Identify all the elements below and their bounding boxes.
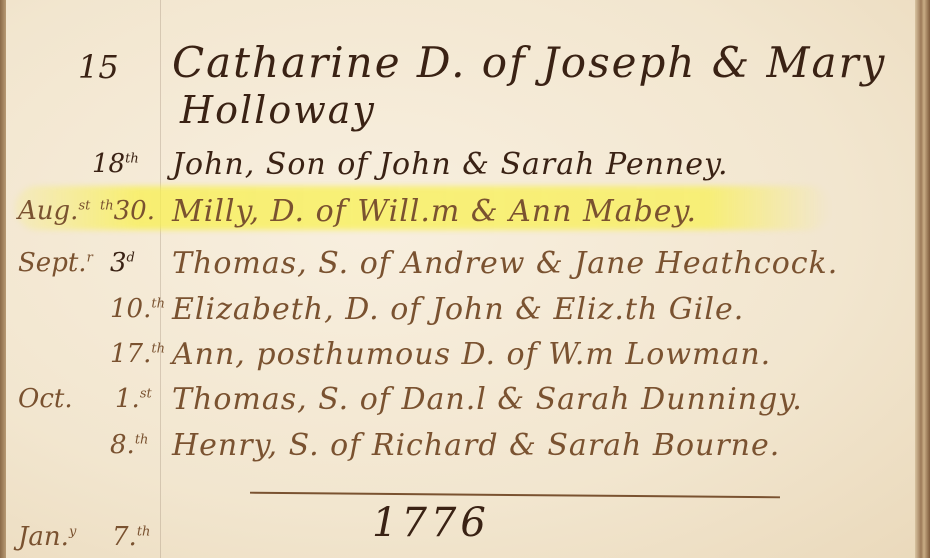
month-suffix: y bbox=[69, 524, 76, 539]
day-number: 10. bbox=[110, 294, 151, 324]
entry-day: 3d bbox=[110, 248, 135, 278]
entry-day: 18th bbox=[92, 149, 139, 179]
entry-day: 17.th bbox=[110, 339, 165, 369]
day-suffix: th bbox=[125, 151, 139, 166]
entry-day: th30. bbox=[100, 196, 155, 226]
day-suffix: th bbox=[100, 198, 114, 213]
month-label: Sept. bbox=[18, 248, 87, 278]
day-suffix: th bbox=[135, 432, 149, 447]
entry-text: Ann, posthumous D. of W.m Lowman. bbox=[172, 337, 771, 372]
entry-month: Aug.st bbox=[18, 196, 90, 226]
register-entry: 8.th Henry, S. of Richard & Sarah Bourne… bbox=[0, 426, 930, 471]
month-suffix: r bbox=[87, 250, 93, 265]
day-number: 18 bbox=[92, 149, 125, 179]
day-suffix: st bbox=[140, 386, 152, 401]
entry-text: Henry, S. of Richard & Sarah Bourne. bbox=[172, 428, 780, 463]
entry-day: 15 bbox=[78, 48, 119, 86]
day-number: 30. bbox=[114, 196, 155, 226]
day-suffix: th bbox=[137, 524, 151, 539]
month-suffix: st bbox=[78, 198, 90, 213]
day-number: 7. bbox=[112, 522, 137, 552]
entry-month: Oct. bbox=[18, 384, 73, 414]
register-entry: 17.th Ann, posthumous D. of W.m Lowman. bbox=[0, 335, 930, 380]
month-label: Jan. bbox=[18, 522, 69, 552]
section-divider-line bbox=[250, 492, 780, 499]
entry-text: John, Son of John & Sarah Penney. bbox=[172, 147, 729, 182]
entry-day: 8.th bbox=[110, 430, 148, 460]
day-suffix: th bbox=[151, 296, 165, 311]
day-suffix: d bbox=[127, 250, 135, 265]
day-number: 8. bbox=[110, 430, 135, 460]
entry-text: Thomas, S. of Dan.l & Sarah Dunningy. bbox=[172, 382, 803, 417]
register-entry: 18th John, Son of John & Sarah Penney. bbox=[0, 145, 930, 190]
day-number: 1. bbox=[115, 384, 140, 414]
entry-day: 1.st bbox=[115, 384, 152, 414]
year-heading: 1776 bbox=[372, 500, 490, 546]
entry-text: Thomas, S. of Andrew & Jane Heathcock. bbox=[172, 246, 838, 281]
entry-text: Milly, D. of Will.m & Ann Mabey. bbox=[172, 194, 697, 229]
entry-day: 7.th bbox=[112, 522, 150, 552]
register-entry: 10.th Elizabeth, D. of John & Eliz.th Gi… bbox=[0, 290, 930, 335]
entry-month: Sept.r bbox=[18, 248, 93, 278]
register-entry-highlighted: Aug.st th30. Milly, D. of Will.m & Ann M… bbox=[0, 192, 930, 237]
register-entry: Sept.r 3d Thomas, S. of Andrew & Jane He… bbox=[0, 244, 930, 289]
month-label: Aug. bbox=[18, 196, 78, 226]
entry-text: Catharine D. of Joseph & Mary bbox=[172, 38, 886, 87]
register-entry: Oct. 1.st Thomas, S. of Dan.l & Sarah Du… bbox=[0, 380, 930, 425]
entry-text: Elizabeth, D. of John & Eliz.th Gile. bbox=[172, 292, 744, 327]
day-suffix: th bbox=[151, 341, 165, 356]
day-number: 3 bbox=[110, 248, 127, 278]
entry-day: 10.th bbox=[110, 294, 165, 324]
day-number: 17. bbox=[110, 339, 151, 369]
register-page: 15 Catharine D. of Joseph & Mary Hollowa… bbox=[0, 0, 930, 558]
register-entry: 15 Catharine D. of Joseph & Mary Hollowa… bbox=[0, 30, 930, 140]
entry-continuation: Holloway bbox=[180, 88, 376, 132]
register-entry-partial: Jan.y 7.th bbox=[0, 518, 300, 558]
entry-month: Jan.y bbox=[18, 522, 76, 552]
